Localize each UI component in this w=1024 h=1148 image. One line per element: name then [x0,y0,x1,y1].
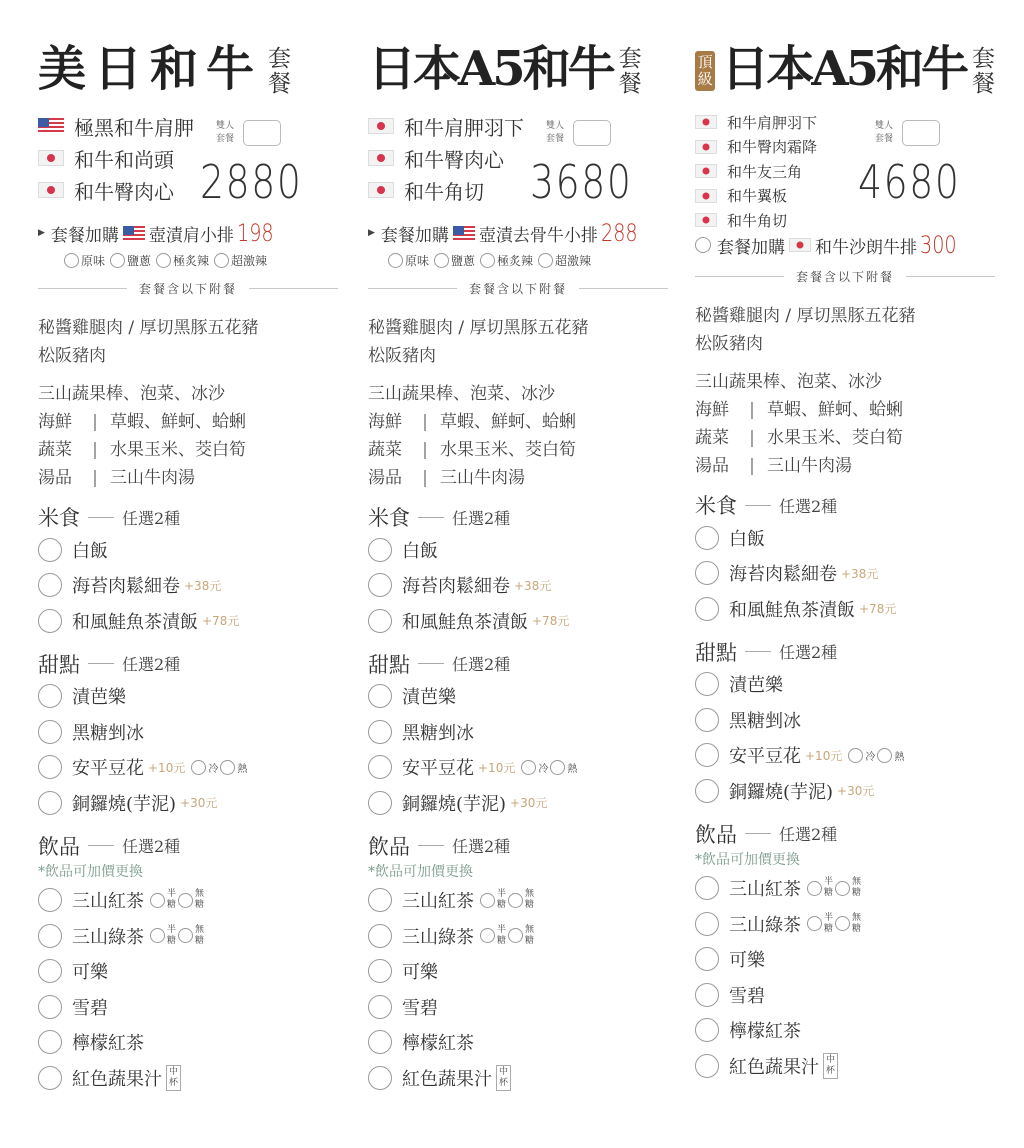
dessert-group: 甜點 任選2種 漬芭樂 黑糖剉冰 安平豆花+10元 冷 熱 [38,649,338,821]
rice-option[interactable]: 海苔肉鬆細卷+38元 [368,568,668,604]
pair-set-checkbox[interactable] [902,120,940,146]
option-label: 白飯 [402,537,438,563]
side-row: 海鮮 | 草蝦、鮮蚵、蛤蜊 [38,408,338,436]
sugar-radio[interactable] [508,928,523,943]
group-rule: 任選2種 [122,652,180,675]
side-row: 湯品 | 三山牛肉湯 [695,452,995,480]
addon-price: 300 [920,231,957,259]
option-label: 海苔肉鬆細卷 [72,572,180,598]
set-title-row: 日本A5和牛 套 餐 [368,34,668,104]
option-radio[interactable] [38,684,62,708]
group-dash [88,845,114,846]
sugar-radio[interactable] [150,928,165,943]
section-divider: 套餐含以下附餐 [368,274,668,302]
option-radio[interactable] [38,924,62,948]
beef-cut-name: 和牛肩胛羽下 [404,112,524,141]
option-label: 漬芭樂 [72,683,126,709]
side-separator: | [80,464,110,492]
sugar-label: 半 糖 [497,925,506,947]
beef-cut-item: 和牛翼板 [695,184,817,209]
suffix-char: 餐 [619,72,642,97]
beef-cut-item: 和牛臀肉心 [368,142,524,174]
sugar-option[interactable]: 半 糖 [150,925,176,947]
sugar-option[interactable]: 無 糖 [508,889,534,911]
side-separator: | [737,452,767,480]
option-radio[interactable] [695,1018,719,1042]
beef-cut-item: 和牛友三角 [695,159,817,184]
option-radio[interactable] [38,609,62,633]
option-radio[interactable] [38,573,62,597]
us-flag-icon [453,226,475,240]
option-radio[interactable] [368,1030,392,1054]
drinks-option[interactable]: 三山綠茶 半 糖 無 糖 [368,918,668,954]
flavor-options: 原味 鹽蔥 極炙辣 超激辣 [64,248,338,272]
set-title-suffix: 套 餐 [268,47,291,97]
option-label: 安平豆花 [729,742,801,768]
dessert-group: 甜點 任選2種 漬芭樂 黑糖剉冰 安平豆花+10元 冷 熱 [368,649,668,821]
beef-cut-item: 和牛角切 [695,208,817,233]
sugar-label: 半 糖 [167,925,176,947]
rice-option[interactable]: 白飯 [368,532,668,568]
option-radio[interactable] [368,609,392,633]
sugar-label: 半 糖 [824,877,833,899]
pair-set-label: 雙人 套餐 [216,120,234,146]
suffix-char: 套 [268,47,291,72]
sugar-label-char: 半 [824,877,833,888]
drinks-option[interactable]: 紅色蔬果汁 中 杯 [38,1060,338,1096]
option-radio[interactable] [38,959,62,983]
option-label: 檸檬紅茶 [729,1017,801,1043]
option-label: 三山紅茶 [729,875,801,901]
addon-item: 和牛沙朗牛排 [815,233,917,258]
side-separator: | [410,436,440,464]
sides-intro: 三山蔬果棒、泡菜、冰沙 [38,380,338,408]
drinks-option[interactable]: 三山紅茶 半 糖 無 糖 [695,871,995,907]
option-radio[interactable] [695,779,719,803]
beef-cut-item: 極黑和牛肩胛 [38,110,194,142]
sugar-radio[interactable] [835,881,850,896]
group-header: 米食 任選2種 [368,502,668,532]
divider-line [906,276,995,277]
option-label: 紅色蔬果汁 [72,1065,162,1091]
rice-option[interactable]: 白飯 [695,520,995,556]
option-surcharge: +30元 [180,794,217,811]
set-header: 極黑和牛肩胛 和牛和尚頭 和牛臀肉心 雙人 套餐 2880 [38,110,338,218]
pair-set-checkbox[interactable] [573,120,611,146]
option-label: 黑糖剉冰 [402,719,474,745]
option-radio[interactable] [695,743,719,767]
drinks-option[interactable]: 可樂 [368,954,668,990]
option-radio[interactable] [368,924,392,948]
pair-label-line: 套餐 [216,133,234,146]
option-radio[interactable] [38,888,62,912]
temperature-label: 冷 [538,760,548,775]
temperature-label: 熱 [894,748,904,763]
option-label: 三山綠茶 [729,911,801,937]
option-label: 可樂 [729,946,765,972]
sugar-options: 半 糖 無 糖 [480,889,536,911]
japan-flag-icon [368,150,394,166]
flavor-label: 鹽蔥 [451,252,475,269]
group-title: 米食 [695,490,737,520]
flavor-radio[interactable] [434,253,449,268]
option-label: 三山綠茶 [402,923,474,949]
option-label: 黑糖剉冰 [729,707,801,733]
option-label: 白飯 [72,537,108,563]
temperature-option[interactable]: 冷 [191,760,218,775]
sugar-option[interactable]: 半 糖 [807,913,833,935]
sugar-options: 半 糖 無 糖 [480,925,536,947]
dessert-option[interactable]: 銅鑼燒(芋泥)+30元 [695,773,995,809]
addon-row: ▶套餐加購 壺漬肩小排 198 [38,218,338,248]
sugar-label-char: 糖 [852,924,861,935]
drinks-option[interactable]: 三山紅茶 半 糖 無 糖 [38,883,338,919]
japan-flag-icon [695,164,717,178]
flavor-option[interactable]: 極炙辣 [480,252,533,269]
flavor-option[interactable]: 極炙辣 [156,252,209,269]
flavor-radio[interactable] [156,253,171,268]
temperature-radio[interactable] [521,760,536,775]
temperature-option[interactable]: 熱 [877,748,904,763]
group-header: 飲品 任選2種 [695,819,995,849]
pair-set-field: 雙人 套餐 [216,120,281,146]
sugar-radio[interactable] [807,916,822,931]
flavor-option[interactable]: 原味 [388,252,429,269]
sugar-radio[interactable] [508,893,523,908]
temperature-options: 冷 熱 [191,760,249,775]
addon-row: 套餐加購 和牛沙朗牛排 300 [695,230,995,260]
flavor-label: 極炙辣 [173,252,209,269]
japan-flag-icon [695,140,717,154]
beef-cut-name: 和牛臀肉心 [404,144,504,173]
sugar-radio[interactable] [178,893,193,908]
pair-set-checkbox[interactable] [243,120,281,146]
sugar-option[interactable]: 半 糖 [150,889,176,911]
drinks-option[interactable]: 檸檬紅茶 [695,1013,995,1049]
side-row: 蔬菜 | 水果玉米、茭白筍 [368,436,668,464]
option-label: 雪碧 [72,994,108,1020]
option-radio[interactable] [695,672,719,696]
flavor-radio[interactable] [388,253,403,268]
temperature-radio[interactable] [550,760,565,775]
dessert-option[interactable]: 安平豆花+10元 冷 熱 [368,750,668,786]
group-dash [745,833,771,834]
addon-label: 套餐加購 [717,233,785,258]
flavor-radio[interactable] [110,253,125,268]
option-radio[interactable] [368,720,392,744]
option-label: 銅鑼燒(芋泥) [72,790,176,816]
sugar-option[interactable]: 無 糖 [178,889,204,911]
option-radio[interactable] [38,538,62,562]
dessert-option[interactable]: 安平豆花+10元 冷 熱 [38,750,338,786]
group-title: 甜點 [38,649,80,679]
drinks-option[interactable]: 雪碧 [695,977,995,1013]
group-note: *飲品可加價更換 [695,849,995,871]
option-radio[interactable] [368,959,392,983]
sugar-option[interactable]: 無 糖 [178,925,204,947]
flavor-option[interactable]: 鹽蔥 [434,252,475,269]
japan-flag-icon [38,150,64,166]
set-price: 4680 [858,154,961,210]
option-label: 三山紅茶 [402,887,474,913]
option-radio[interactable] [38,791,62,815]
option-radio[interactable] [38,1066,62,1090]
section-divider: 套餐含以下附餐 [38,274,338,302]
temperature-radio[interactable] [191,760,206,775]
sides-intro: 三山蔬果棒、泡菜、冰沙 [695,368,995,396]
sugar-label-char: 糖 [167,936,176,947]
dessert-option[interactable]: 安平豆花+10元 冷 熱 [695,738,995,774]
option-radio[interactable] [38,1030,62,1054]
option-label: 海苔肉鬆細卷 [402,572,510,598]
option-radio[interactable] [695,561,719,585]
main-item: 秘醬雞腿肉 / 厚切黑豚五花豬 [695,302,995,330]
japan-flag-icon [368,182,394,198]
side-items: 水果玉米、茭白筍 [767,424,903,452]
drinks-option[interactable]: 可樂 [695,942,995,978]
cup-size-char: 中 [499,1067,508,1078]
sugar-option[interactable]: 無 糖 [835,877,861,899]
option-radio[interactable] [368,538,392,562]
option-surcharge: +38元 [514,577,551,594]
side-separator: | [80,408,110,436]
option-radio[interactable] [368,573,392,597]
drinks-group: 飲品 任選2種 *飲品可加價更換 三山紅茶 半 糖 無 [368,831,668,1096]
sugar-label: 無 糖 [852,877,861,899]
dessert-option[interactable]: 黑糖剉冰 [368,714,668,750]
side-row: 湯品 | 三山牛肉湯 [368,464,668,492]
option-radio[interactable] [38,755,62,779]
flavor-option[interactable]: 鹽蔥 [110,252,151,269]
option-surcharge: +38元 [841,565,878,582]
flavor-label: 鹽蔥 [127,252,151,269]
drinks-option[interactable]: 雪碧 [368,989,668,1025]
option-label: 三山紅茶 [72,887,144,913]
side-separator: | [410,408,440,436]
set-title: 日本A5和牛 [721,41,966,97]
sugar-options: 半 糖 無 糖 [150,925,206,947]
sugar-radio[interactable] [807,881,822,896]
flavor-label: 極炙辣 [497,252,533,269]
section-divider: 套餐含以下附餐 [695,262,995,290]
option-radio[interactable] [695,597,719,621]
divider-line [368,288,457,289]
sugar-option[interactable]: 半 糖 [480,925,506,947]
flavor-option[interactable]: 超激辣 [214,252,267,269]
option-radio[interactable] [368,755,392,779]
side-category: 海鮮 [38,408,80,436]
sugar-label: 半 糖 [497,889,506,911]
side-items: 水果玉米、茭白筍 [110,436,246,464]
set-title-suffix: 套 餐 [972,47,995,97]
set-column-0: 美日和牛 套 餐 極黑和牛肩胛 和牛和尚頭 和牛臀肉心 雙人 套餐 2880 ▶… [38,34,338,1096]
drinks-option[interactable]: 三山綠茶 半 糖 無 糖 [695,906,995,942]
dessert-option[interactable]: 漬芭樂 [38,679,338,715]
temperature-label: 冷 [208,760,218,775]
addon-price: 288 [601,219,638,247]
temperature-radio[interactable] [848,748,863,763]
beef-cuts-list: 和牛肩胛羽下 和牛臀肉霜降 和牛友三角 和牛翼板 和牛角切 [695,110,817,233]
side-row: 蔬菜 | 水果玉米、茭白筍 [38,436,338,464]
sugar-label-char: 無 [525,925,534,936]
pair-set-field: 雙人 套餐 [875,120,940,146]
set-header: 和牛肩胛羽下 和牛臀肉心 和牛角切 雙人 套餐 3680 [368,110,668,218]
rice-option[interactable]: 海苔肉鬆細卷+38元 [695,556,995,592]
option-radio[interactable] [695,947,719,971]
beef-cut-item: 和牛肩胛羽下 [695,110,817,135]
drinks-option[interactable]: 紅色蔬果汁 中 杯 [368,1060,668,1096]
option-radio[interactable] [695,912,719,936]
option-label: 銅鑼燒(芋泥) [402,790,506,816]
option-radio[interactable] [368,995,392,1019]
drinks-option[interactable]: 檸檬紅茶 [368,1025,668,1061]
flavor-options: 原味 鹽蔥 極炙辣 超激辣 [388,248,668,272]
sugar-label: 無 糖 [195,889,204,911]
sugar-label-char: 半 [824,913,833,924]
sugar-radio[interactable] [150,893,165,908]
sugar-label-char: 半 [497,889,506,900]
sugar-label-char: 無 [525,889,534,900]
option-label: 安平豆花 [402,754,474,780]
flavor-option[interactable]: 原味 [64,252,105,269]
drinks-option[interactable]: 可樂 [38,954,338,990]
dessert-option[interactable]: 黑糖剉冰 [695,702,995,738]
option-radio[interactable] [368,1066,392,1090]
side-row: 海鮮 | 草蝦、鮮蚵、蛤蜊 [695,396,995,424]
group-dash [745,505,771,506]
us-flag-icon [38,118,64,134]
sugar-label-char: 半 [497,925,506,936]
group-header: 飲品 任選2種 [368,831,668,861]
set-title-suffix: 套 餐 [619,47,642,97]
sugar-option[interactable]: 半 糖 [807,877,833,899]
cup-size-char: 中 [169,1067,178,1078]
sugar-label-char: 無 [852,877,861,888]
temperature-option[interactable]: 冷 [521,760,548,775]
rice-option[interactable]: 和風鮭魚茶漬飯+78元 [695,591,995,627]
beef-cut-item: 和牛角切 [368,174,524,206]
flavor-radio[interactable] [538,253,553,268]
dessert-option[interactable]: 銅鑼燒(芋泥)+30元 [38,785,338,821]
beef-cut-item: 和牛和尚頭 [38,142,194,174]
dessert-option[interactable]: 銅鑼燒(芋泥)+30元 [368,785,668,821]
drinks-option[interactable]: 檸檬紅茶 [38,1025,338,1061]
group-title: 甜點 [368,649,410,679]
side-items: 三山牛肉湯 [767,452,852,480]
temperature-option[interactable]: 熱 [550,760,577,775]
option-radio[interactable] [368,888,392,912]
badge-char: 級 [698,71,713,88]
option-radio[interactable] [695,1054,719,1078]
temperature-label: 熱 [237,760,247,775]
sugar-label-char: 糖 [824,888,833,899]
sugar-label-char: 糖 [497,900,506,911]
dessert-option[interactable]: 漬芭樂 [695,667,995,703]
pair-label-line: 雙人 [546,120,564,133]
sugar-option[interactable]: 無 糖 [508,925,534,947]
flavor-radio[interactable] [480,253,495,268]
flavor-radio[interactable] [214,253,229,268]
group-dash [88,663,114,664]
temperature-option[interactable]: 熱 [220,760,247,775]
addon-radio[interactable] [695,237,711,253]
flavor-option[interactable]: 超激辣 [538,252,591,269]
set-column-1: 日本A5和牛 套 餐 和牛肩胛羽下 和牛臀肉心 和牛角切 雙人 套餐 3680 … [368,34,668,1096]
temperature-label: 熱 [567,760,577,775]
option-radio[interactable] [38,995,62,1019]
side-category: 湯品 [38,464,80,492]
option-radio[interactable] [695,708,719,732]
group-header: 米食 任選2種 [695,490,995,520]
side-items: 三山牛肉湯 [110,464,195,492]
rice-option[interactable]: 海苔肉鬆細卷+38元 [38,568,338,604]
drinks-option[interactable]: 雪碧 [38,989,338,1025]
sugar-radio[interactable] [178,928,193,943]
sides-list: 三山蔬果棒、泡菜、冰沙 海鮮 | 草蝦、鮮蚵、蛤蜊 蔬菜 | 水果玉米、茭白筍 … [38,380,338,492]
triangle-right-icon: ▶ [38,228,45,238]
group-rule: 任選2種 [452,652,510,675]
temperature-radio[interactable] [220,760,235,775]
sugar-label: 半 糖 [824,913,833,935]
option-radio[interactable] [695,526,719,550]
group-title: 甜點 [695,637,737,667]
flavor-label: 超激辣 [555,252,591,269]
divider-text: 套餐含以下附餐 [796,268,894,285]
option-surcharge: +78元 [859,600,896,617]
dessert-group: 甜點 任選2種 漬芭樂 黑糖剉冰 安平豆花+10元 冷 熱 [695,637,995,809]
group-dash [418,517,444,518]
rice-option[interactable]: 和風鮭魚茶漬飯+78元 [38,603,338,639]
drinks-option[interactable]: 紅色蔬果汁 中 杯 [695,1048,995,1084]
drinks-option[interactable]: 三山紅茶 半 糖 無 糖 [368,883,668,919]
side-category: 海鮮 [695,396,737,424]
sugar-label-char: 糖 [824,924,833,935]
option-radio[interactable] [695,983,719,1007]
option-radio[interactable] [368,791,392,815]
sugar-radio[interactable] [480,928,495,943]
rice-option[interactable]: 和風鮭魚茶漬飯+78元 [368,603,668,639]
drinks-option[interactable]: 三山綠茶 半 糖 無 糖 [38,918,338,954]
mains-list: 秘醬雞腿肉 / 厚切黑豚五花豬松阪豬肉 [38,314,338,370]
option-radio[interactable] [695,876,719,900]
sugar-radio[interactable] [480,893,495,908]
group-rule: 任選2種 [452,834,510,857]
divider-line [695,276,784,277]
sugar-label-char: 半 [167,925,176,936]
temperature-option[interactable]: 冷 [848,748,875,763]
option-radio[interactable] [38,720,62,744]
sugar-radio[interactable] [835,916,850,931]
sugar-option[interactable]: 無 糖 [835,913,861,935]
temperature-radio[interactable] [877,748,892,763]
sugar-label-char: 糖 [852,888,861,899]
set-title: 美日和牛 [38,41,262,97]
sugar-label: 無 糖 [852,913,861,935]
flavor-radio[interactable] [64,253,79,268]
main-item: 秘醬雞腿肉 / 厚切黑豚五花豬 [368,314,668,342]
option-radio[interactable] [368,684,392,708]
side-items: 三山牛肉湯 [440,464,525,492]
temperature-label: 冷 [865,748,875,763]
drinks-group: 飲品 任選2種 *飲品可加價更換 三山紅茶 半 糖 無 [38,831,338,1096]
sugar-option[interactable]: 半 糖 [480,889,506,911]
dessert-option[interactable]: 漬芭樂 [368,679,668,715]
option-label: 紅色蔬果汁 [729,1053,819,1079]
beef-cut-name: 和牛和尚頭 [74,144,174,173]
group-header: 甜點 任選2種 [38,649,338,679]
rice-option[interactable]: 白飯 [38,532,338,568]
dessert-option[interactable]: 黑糖剉冰 [38,714,338,750]
